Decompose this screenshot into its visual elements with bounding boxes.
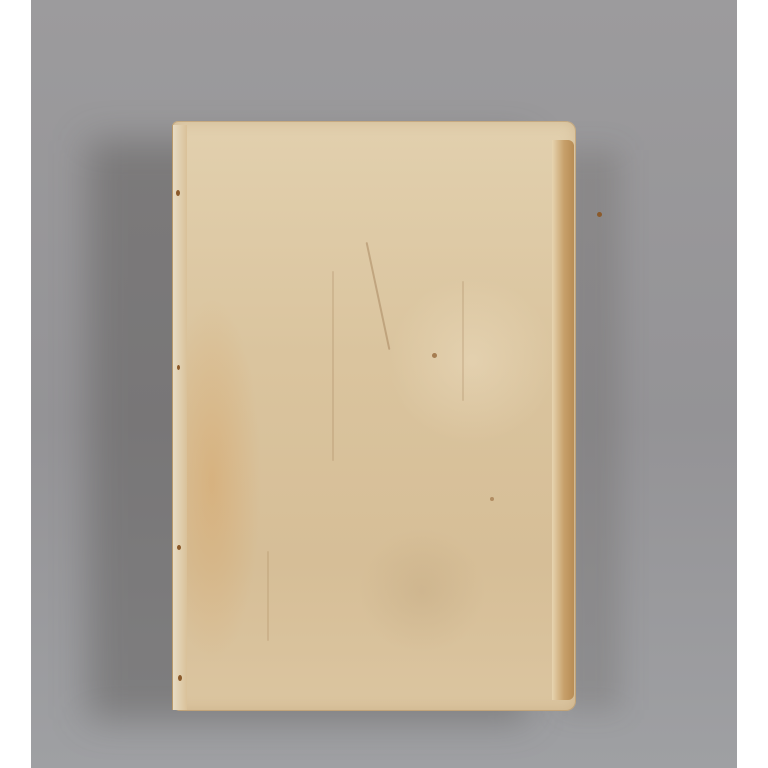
cover-crease xyxy=(332,271,334,461)
stitch-hole xyxy=(177,545,181,550)
stitch-hole xyxy=(176,190,180,196)
book-fore-edge xyxy=(552,140,574,700)
debris-speck xyxy=(597,212,602,217)
stain-spot xyxy=(432,353,437,358)
cover-crease xyxy=(366,242,391,350)
cover-crease xyxy=(462,281,464,401)
book-cover xyxy=(172,121,576,711)
stain-spot xyxy=(490,497,494,501)
cover-crease xyxy=(267,551,269,641)
stitch-hole xyxy=(177,365,180,370)
book-spine-edge xyxy=(172,125,187,710)
stitch-hole xyxy=(178,675,182,681)
